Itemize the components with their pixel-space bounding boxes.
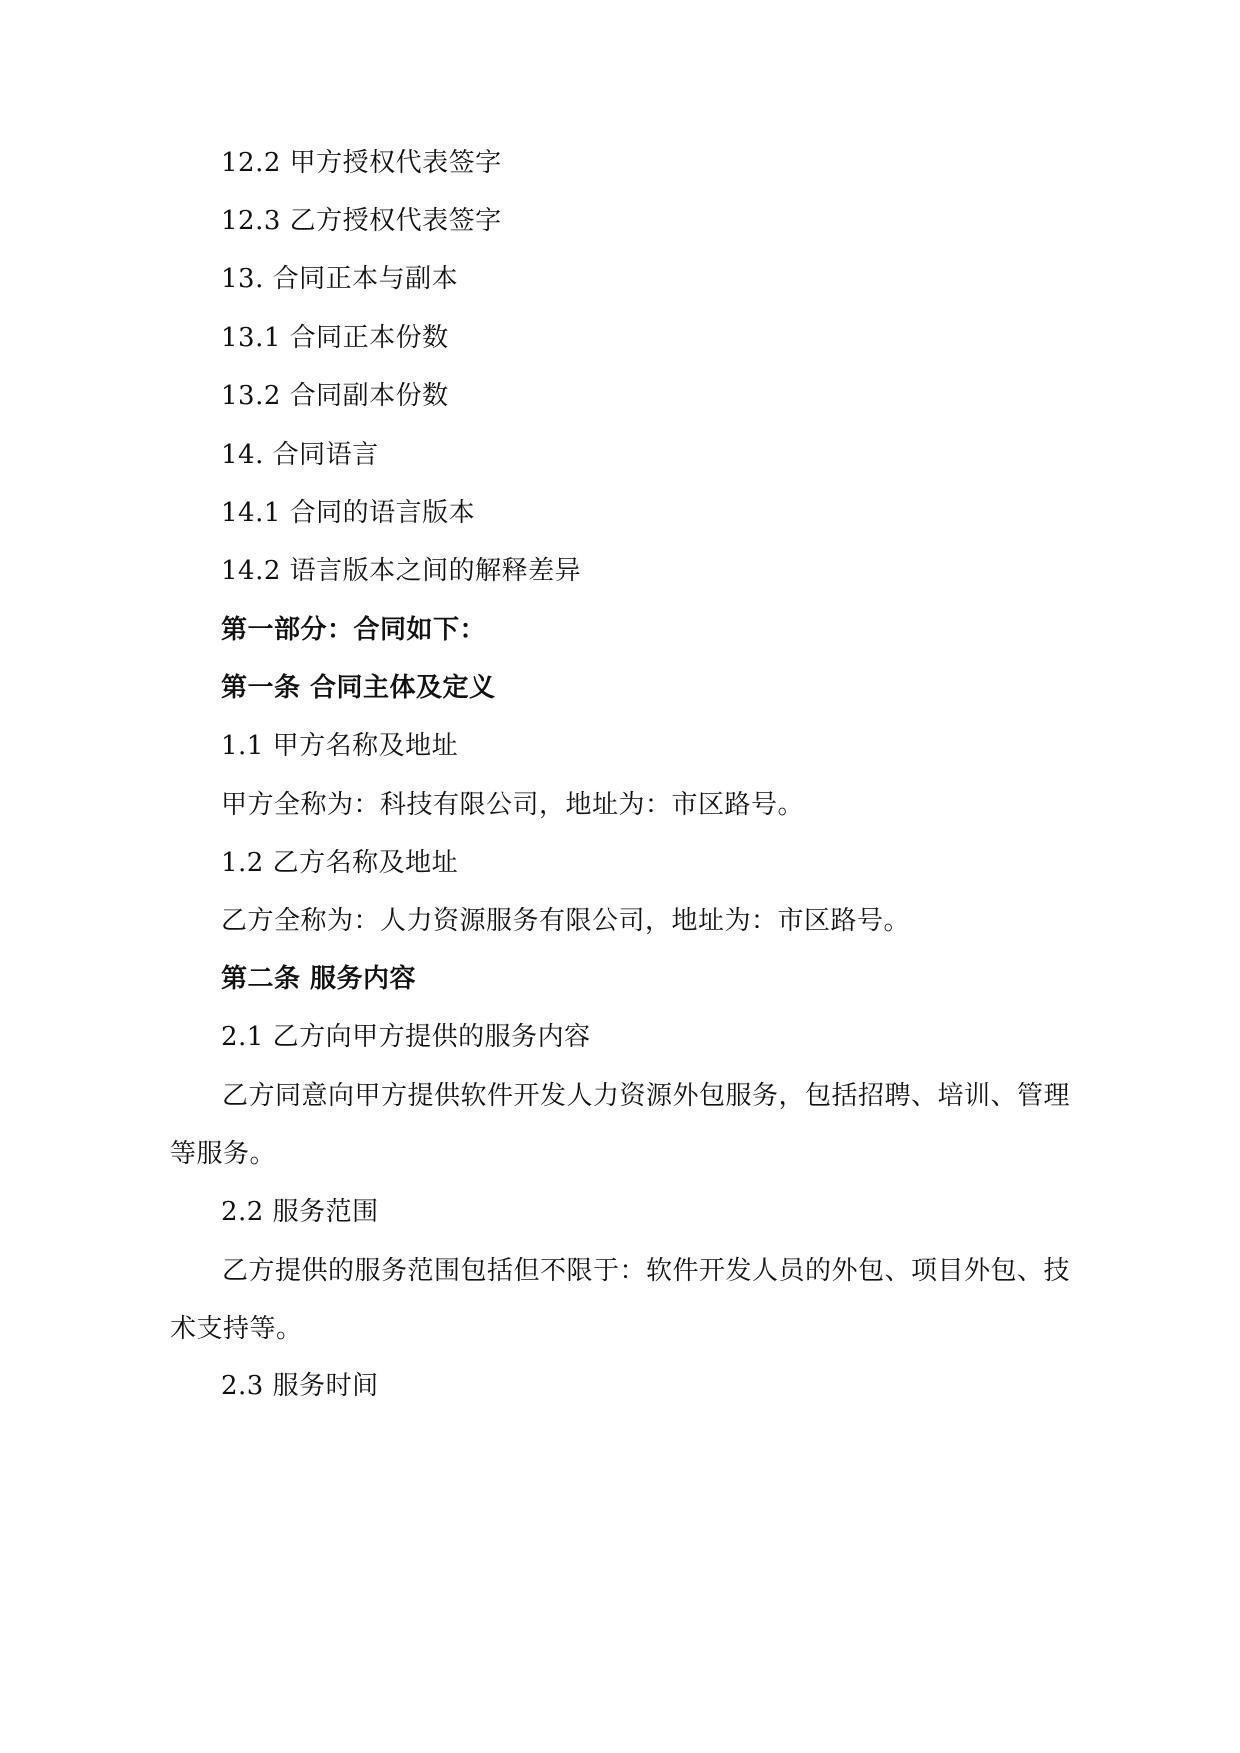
article-one-title: 第一条 合同主体及定义 xyxy=(221,672,496,704)
clause-12-2-heading: 12.2 甲方授权代表签字 xyxy=(221,147,502,179)
clause-14-2-heading: 14.2 语言版本之间的解释差异 xyxy=(221,555,581,587)
article-two-title: 第二条 服务内容 xyxy=(221,963,416,995)
clause-2-2-heading: 2.2 服务范围 xyxy=(221,1196,379,1228)
clause-1-2-heading: 1.2 乙方名称及地址 xyxy=(221,847,458,879)
clause-13-1-heading: 13.1 合同正本份数 xyxy=(221,322,449,354)
clause-13-2-heading: 13.2 合同副本份数 xyxy=(221,380,449,412)
party-a-description: 甲方全称为：科技有限公司，地址为：市区路号。 xyxy=(221,789,804,821)
clause-14-heading: 14. 合同语言 xyxy=(221,439,379,471)
service-scope-paragraph: 乙方提供的服务范围包括但不限于：软件开发人员的外包、项目外包、技术支持等。 xyxy=(170,1242,1070,1358)
clause-2-1-heading: 2.1 乙方向甲方提供的服务内容 xyxy=(221,1021,591,1053)
clause-1-1-heading: 1.1 甲方名称及地址 xyxy=(221,730,458,762)
clause-2-3-heading: 2.3 服务时间 xyxy=(221,1370,379,1402)
clause-14-1-heading: 14.1 合同的语言版本 xyxy=(221,497,475,529)
part-one-title: 第一部分：合同如下： xyxy=(221,614,486,646)
party-b-description: 乙方全称为：人力资源服务有限公司，地址为：市区路号。 xyxy=(221,905,910,937)
document-page: 12.2 甲方授权代表签字 12.3 乙方授权代表签字 13. 合同正本与副本 … xyxy=(0,0,1240,1753)
clause-13-heading: 13. 合同正本与副本 xyxy=(221,263,458,295)
clause-12-3-heading: 12.3 乙方授权代表签字 xyxy=(221,205,502,237)
service-content-paragraph: 乙方同意向甲方提供软件开发人力资源外包服务，包括招聘、培训、管理等服务。 xyxy=(170,1067,1070,1183)
